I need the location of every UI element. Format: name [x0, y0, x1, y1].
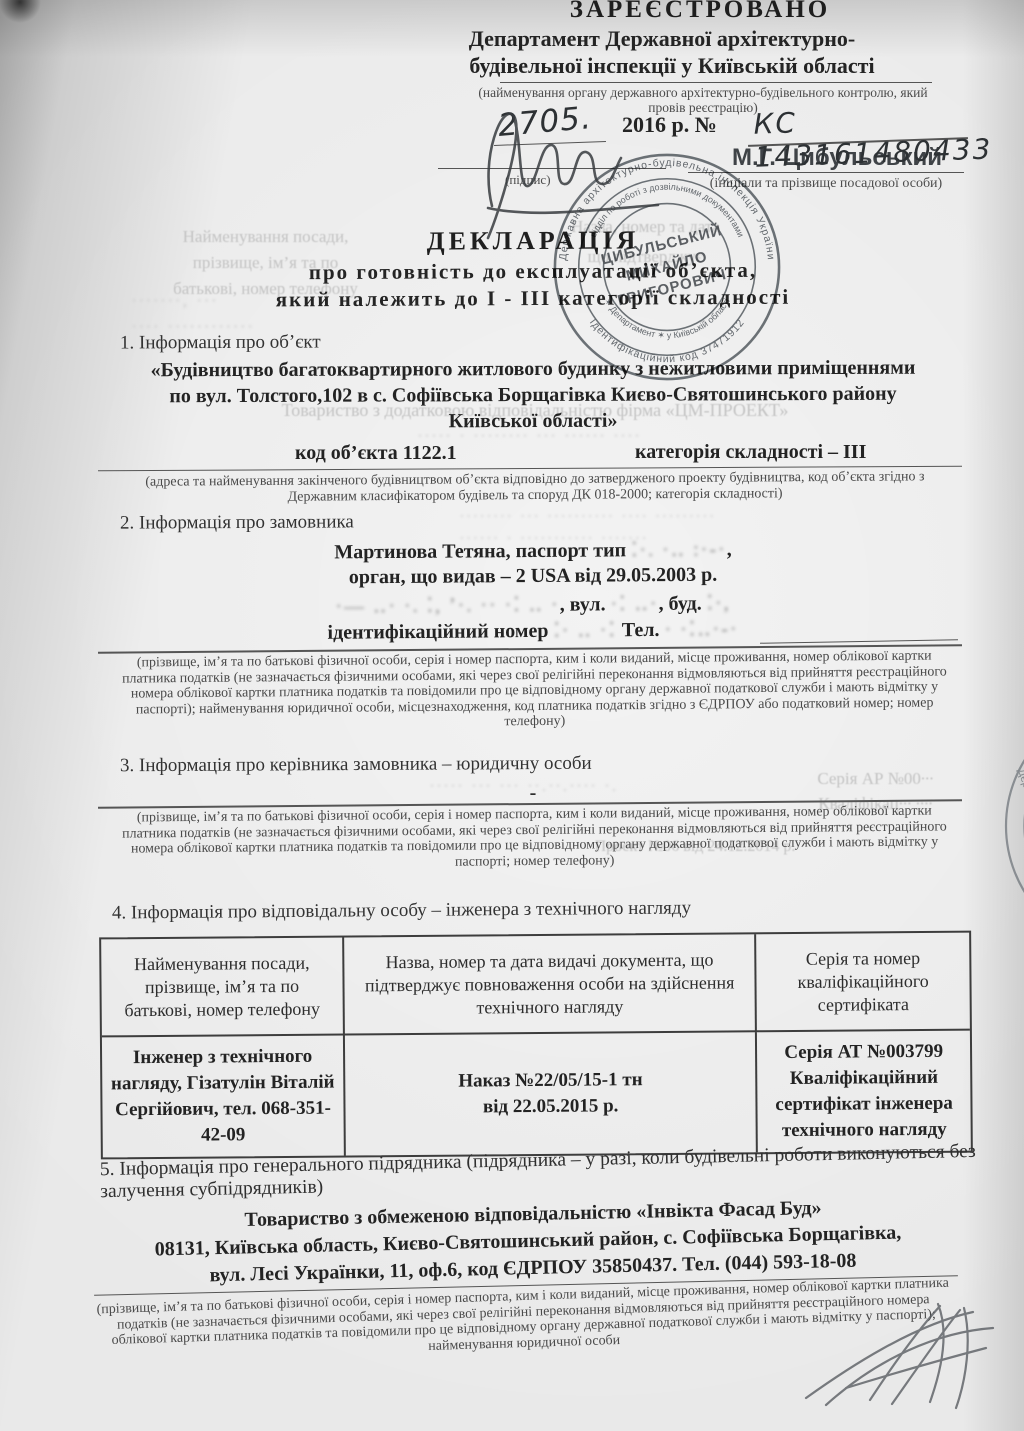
- authority-name: Департамент Державної архітектурно-: [452, 26, 872, 52]
- comma: ,: [727, 539, 732, 561]
- authority-name: будівельної інспекції у Київській област…: [452, 53, 892, 79]
- svg-text:Ідентифікаційний код 37471912: Ідентифікаційний код 37471912: [587, 317, 747, 365]
- phone-label: Тел.: [617, 619, 665, 641]
- scanned-declaration-page: Найменування посади, прізвище, ім’я та п…: [0, 0, 1024, 1431]
- customer-name-line: Мартинова Тетяна, паспорт тип ⁚·. ·‥ :·-…: [98, 535, 968, 566]
- id-number-label: ідентифікаційний номер: [327, 620, 553, 644]
- object-code: код об’єкта 1122.1: [295, 442, 457, 465]
- redacted-id-number: ⁚· ‥ ·⁚: [553, 619, 617, 642]
- redacted-building: ⁚·,: [707, 592, 731, 614]
- table-header-cell: Найменування посади, прізвище, ім’я та п…: [101, 938, 345, 1038]
- section3-caption: (прізвище, ім’я та по батькові фізичної …: [112, 803, 958, 872]
- section2-caption: (прізвище, ім’я та по батькові фізичної …: [112, 648, 958, 733]
- section1-caption: (адреса та найменування закінченого буді…: [130, 469, 940, 506]
- street-label: , вул.: [560, 593, 611, 615]
- section4-heading: 4. Інформація про відповідальну особу – …: [112, 897, 691, 924]
- object-name: Київської області»: [98, 408, 968, 434]
- table-cell-order-document: Наказ №22/05/15-1 тн від 22.05.2015 р.: [345, 1032, 758, 1155]
- handwritten-scribble: [788, 1290, 1013, 1425]
- section3-heading: 3. Інформація про керівника замовника – …: [120, 753, 592, 777]
- supervisor-table: Найменування посади, прізвище, ім’я та п…: [99, 931, 973, 1160]
- section2-heading: 2. Інформація про замовника: [120, 511, 354, 534]
- redacted-phone: · ·⁚‥·-·: [664, 618, 738, 641]
- document-subtitle: про готовність до експлуатації об’єкта,: [98, 257, 968, 287]
- complexity-category: категорія складності – ІІІ: [635, 441, 866, 464]
- handwritten-signature: [462, 88, 672, 248]
- stamp-outer-bottom-text: Ідентифікаційний код 37471912: [587, 317, 747, 365]
- building-label: , буд.: [658, 592, 706, 614]
- table-cell-position-name: Інженер з технічного нагляду, Гізатулін …: [102, 1036, 346, 1158]
- registered-stamp-title: ЗАРЕЄСТРОВАНО: [560, 0, 840, 24]
- table-cell-certificate: Серія АТ №003799 Кваліфікаційний сертифі…: [757, 1031, 971, 1153]
- passport-issuer-line: орган, що видав – 2 USA від 29.05.2003 р…: [98, 562, 968, 591]
- section1-heading: 1. Інформація про об’єкт: [120, 331, 321, 354]
- handwritten-registration-number: КС 143161480433: [753, 98, 1024, 173]
- redacted-passport: ⁚·. ·‥ :·-·: [631, 539, 727, 562]
- partial-edge-stamp: Державна ар: [982, 726, 1024, 926]
- table-header-cell: Назва, номер та дата видачі документа, щ…: [344, 934, 757, 1035]
- document-subtitle: який належить до І - ІІІ категорії склад…: [98, 284, 968, 314]
- table-header-cell: Серія та номер кваліфікаційного сертифік…: [756, 933, 969, 1033]
- object-name: по вул. Толстого,102 в с. Софіївська Бор…: [98, 382, 968, 408]
- customer-name: Мартинова Тетяна, паспорт тип: [334, 539, 631, 563]
- redacted-address: ·— ‥· ·. ⁚, ʼ·. ·· ·⁚ ‥ ·: [335, 594, 560, 618]
- object-name: «Будівництво багатоквартирного житлового…: [98, 356, 968, 382]
- redacted-street: ·⁚ ‥·: [610, 593, 658, 615]
- divider-line: [500, 82, 932, 83]
